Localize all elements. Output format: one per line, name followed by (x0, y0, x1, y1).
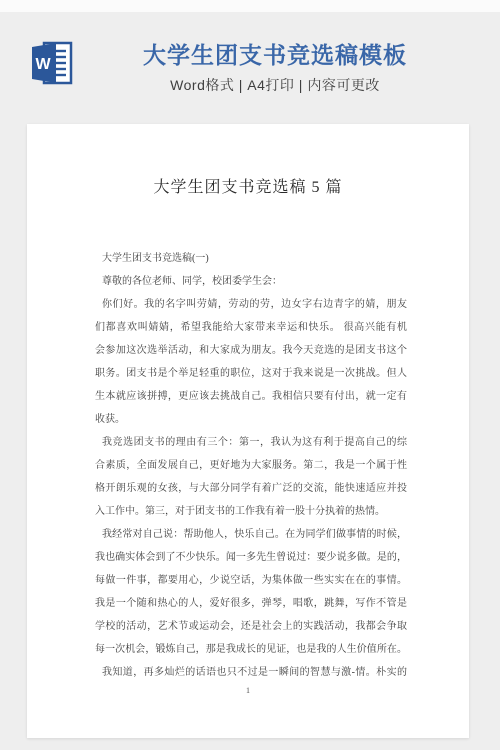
doc-line: 职务。团支书是个举足轻重的职位，这对于我来说是一次挑战。但人 (95, 362, 407, 385)
doc-line: 我经常对自己说：帮助他人，快乐自己。在为同学们做事情的时候， (95, 523, 407, 546)
doc-line: 每做一件事，都要用心，少说空话，为集体做一些实实在在的事情。 (95, 569, 407, 592)
doc-line: 我竞选团支书的理由有三个：第一，我认为这有利于提高自己的综 (95, 431, 407, 454)
doc-line: 每一次机会，锻炼自己，那是我成长的见证，也是我的人生价值所在。 (95, 638, 407, 661)
template-title: 大学生团支书竞选稿模板 (50, 42, 500, 68)
doc-title: 大学生团支书竞选稿 5 篇 (27, 178, 469, 198)
header-text: 大学生团支书竞选稿模板 Word格式 | A4打印 | 内容可更改 (50, 42, 500, 95)
doc-body: 大学生团支书竞选稿(一) 尊敬的各位老师、同学，校团委学生会： 你们好。我的名字… (27, 247, 469, 684)
doc-line: 会参加这次选举活动，和大家成为朋友。我今天竞选的是团支书这个 (95, 339, 407, 362)
page-number: 1 (27, 686, 469, 696)
doc-line: 收获。 (95, 408, 407, 431)
doc-line: 学校的活动，艺术节或运动会，还是社会上的实践活动，我都会争取 (95, 615, 407, 638)
doc-line: 我也确实体会到了不少快乐。闻一多先生曾说过：要少说多做。是的， (95, 546, 407, 569)
top-strip (0, 0, 500, 12)
document-page: 大学生团支书竞选稿 5 篇 大学生团支书竞选稿(一) 尊敬的各位老师、同学，校团… (27, 124, 469, 738)
doc-line: 我知道，再多灿烂的话语也只不过是一瞬间的智慧与激-情。朴实的 (95, 661, 407, 684)
doc-line: 大学生团支书竞选稿(一) (95, 247, 407, 270)
template-meta: Word格式 | A4打印 | 内容可更改 (50, 75, 500, 95)
word-icon-letter: W (35, 56, 51, 73)
doc-line: 我是一个随和热心的人，爱好很多，弹琴，唱歌，跳舞，写作不管是 (95, 592, 407, 615)
doc-line: 们都喜欢叫婧婧，希望我能给大家带来幸运和快乐。 很高兴能有机 (95, 316, 407, 339)
doc-line: 格开朗乐观的女孩，与大部分同学有着广泛的交流，能快速适应并投 (95, 477, 407, 500)
word-icon: W (30, 40, 74, 86)
doc-line: 生本就应该拼搏，更应该去挑战自己。我相信只要有付出，就一定有 (95, 385, 407, 408)
doc-line: 入工作中。第三，对于团支书的工作我有着一股十分执着的热情。 (95, 500, 407, 523)
doc-line: 合素质，全面发展自己，更好地为大家服务。第二，我是一个属于性 (95, 454, 407, 477)
template-header: W 大学生团支书竞选稿模板 Word格式 | A4打印 | 内容可更改 (0, 42, 500, 95)
doc-line: 尊敬的各位老师、同学，校团委学生会： (95, 270, 407, 293)
doc-line: 你们好。我的名字叫劳婧，劳动的劳，边女字右边青字的婧，朋友 (95, 293, 407, 316)
